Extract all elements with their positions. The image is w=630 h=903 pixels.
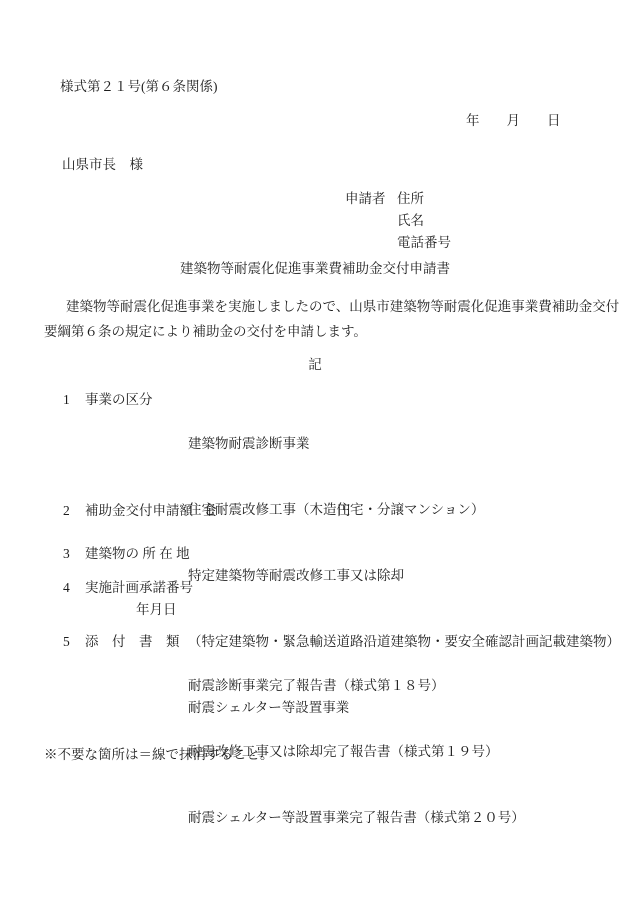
body-paragraph-line-1: 建築物等耐震化促進事業を実施しましたので、山県市建築物等耐震化促進事業費補助金交… [66,296,619,318]
item-2-amount-suffix: 円 [337,500,351,522]
item-4-number: 4 [63,577,70,599]
item-2-number: 2 [63,500,70,522]
applicant-name-label: 氏名 [397,210,424,232]
date-line: 年 月 日 [466,110,561,132]
item-1-option-3: 特定建築物等耐震改修工事又は除却 [188,565,620,587]
item-1-number: 1 [63,389,70,411]
footnote: ※不要な箇所は＝線で抹消すること。 [44,744,274,766]
addressee: 山県市長 様 [62,154,143,176]
item-4-label: 実施計画承諾番号 [85,577,193,599]
item-1-option-1: 建築物耐震診断事業 [188,433,620,455]
item-5-label: 添 付 書 類 [85,631,180,653]
item-3-label: 建築物の 所 在 地 [85,543,190,565]
document-title: 建築物等耐震化促進事業費補助金交付申請書 [0,258,630,280]
item-1-option-2: 住宅耐震改修工事（木造住宅・分譲マンション） [188,499,620,521]
applicant-address-label: 住所 [397,188,424,210]
applicant-phone-label: 電話番号 [397,232,451,254]
item-4-sub-label: 年月日 [136,599,177,621]
form-number: 様式第２１号(第６条関係) [60,76,218,98]
body-paragraph-line-2: 要綱第６条の規定により補助金の交付を申請します。 [44,321,367,343]
item-5-attachment-3: 耐震シェルター等設置事業完了報告書（様式第２０号） [188,807,525,829]
item-1-label: 事業の区分 [85,389,153,411]
item-3-number: 3 [63,543,70,565]
applicant-label: 申請者 [345,188,386,210]
subsidy-application-form-page: 様式第２１号(第６条関係) 年 月 日 山県市長 様 申請者 住所 氏名 電話番… [0,0,630,903]
item-5-attachment-1: 耐震診断事業完了報告書（様式第１８号） [188,675,525,697]
item-2-label: 補助金交付申請額 [85,500,193,522]
item-2-amount-prefix: 金 [203,500,217,522]
record-heading: 記 [0,354,630,376]
item-5-number: 5 [63,631,70,653]
